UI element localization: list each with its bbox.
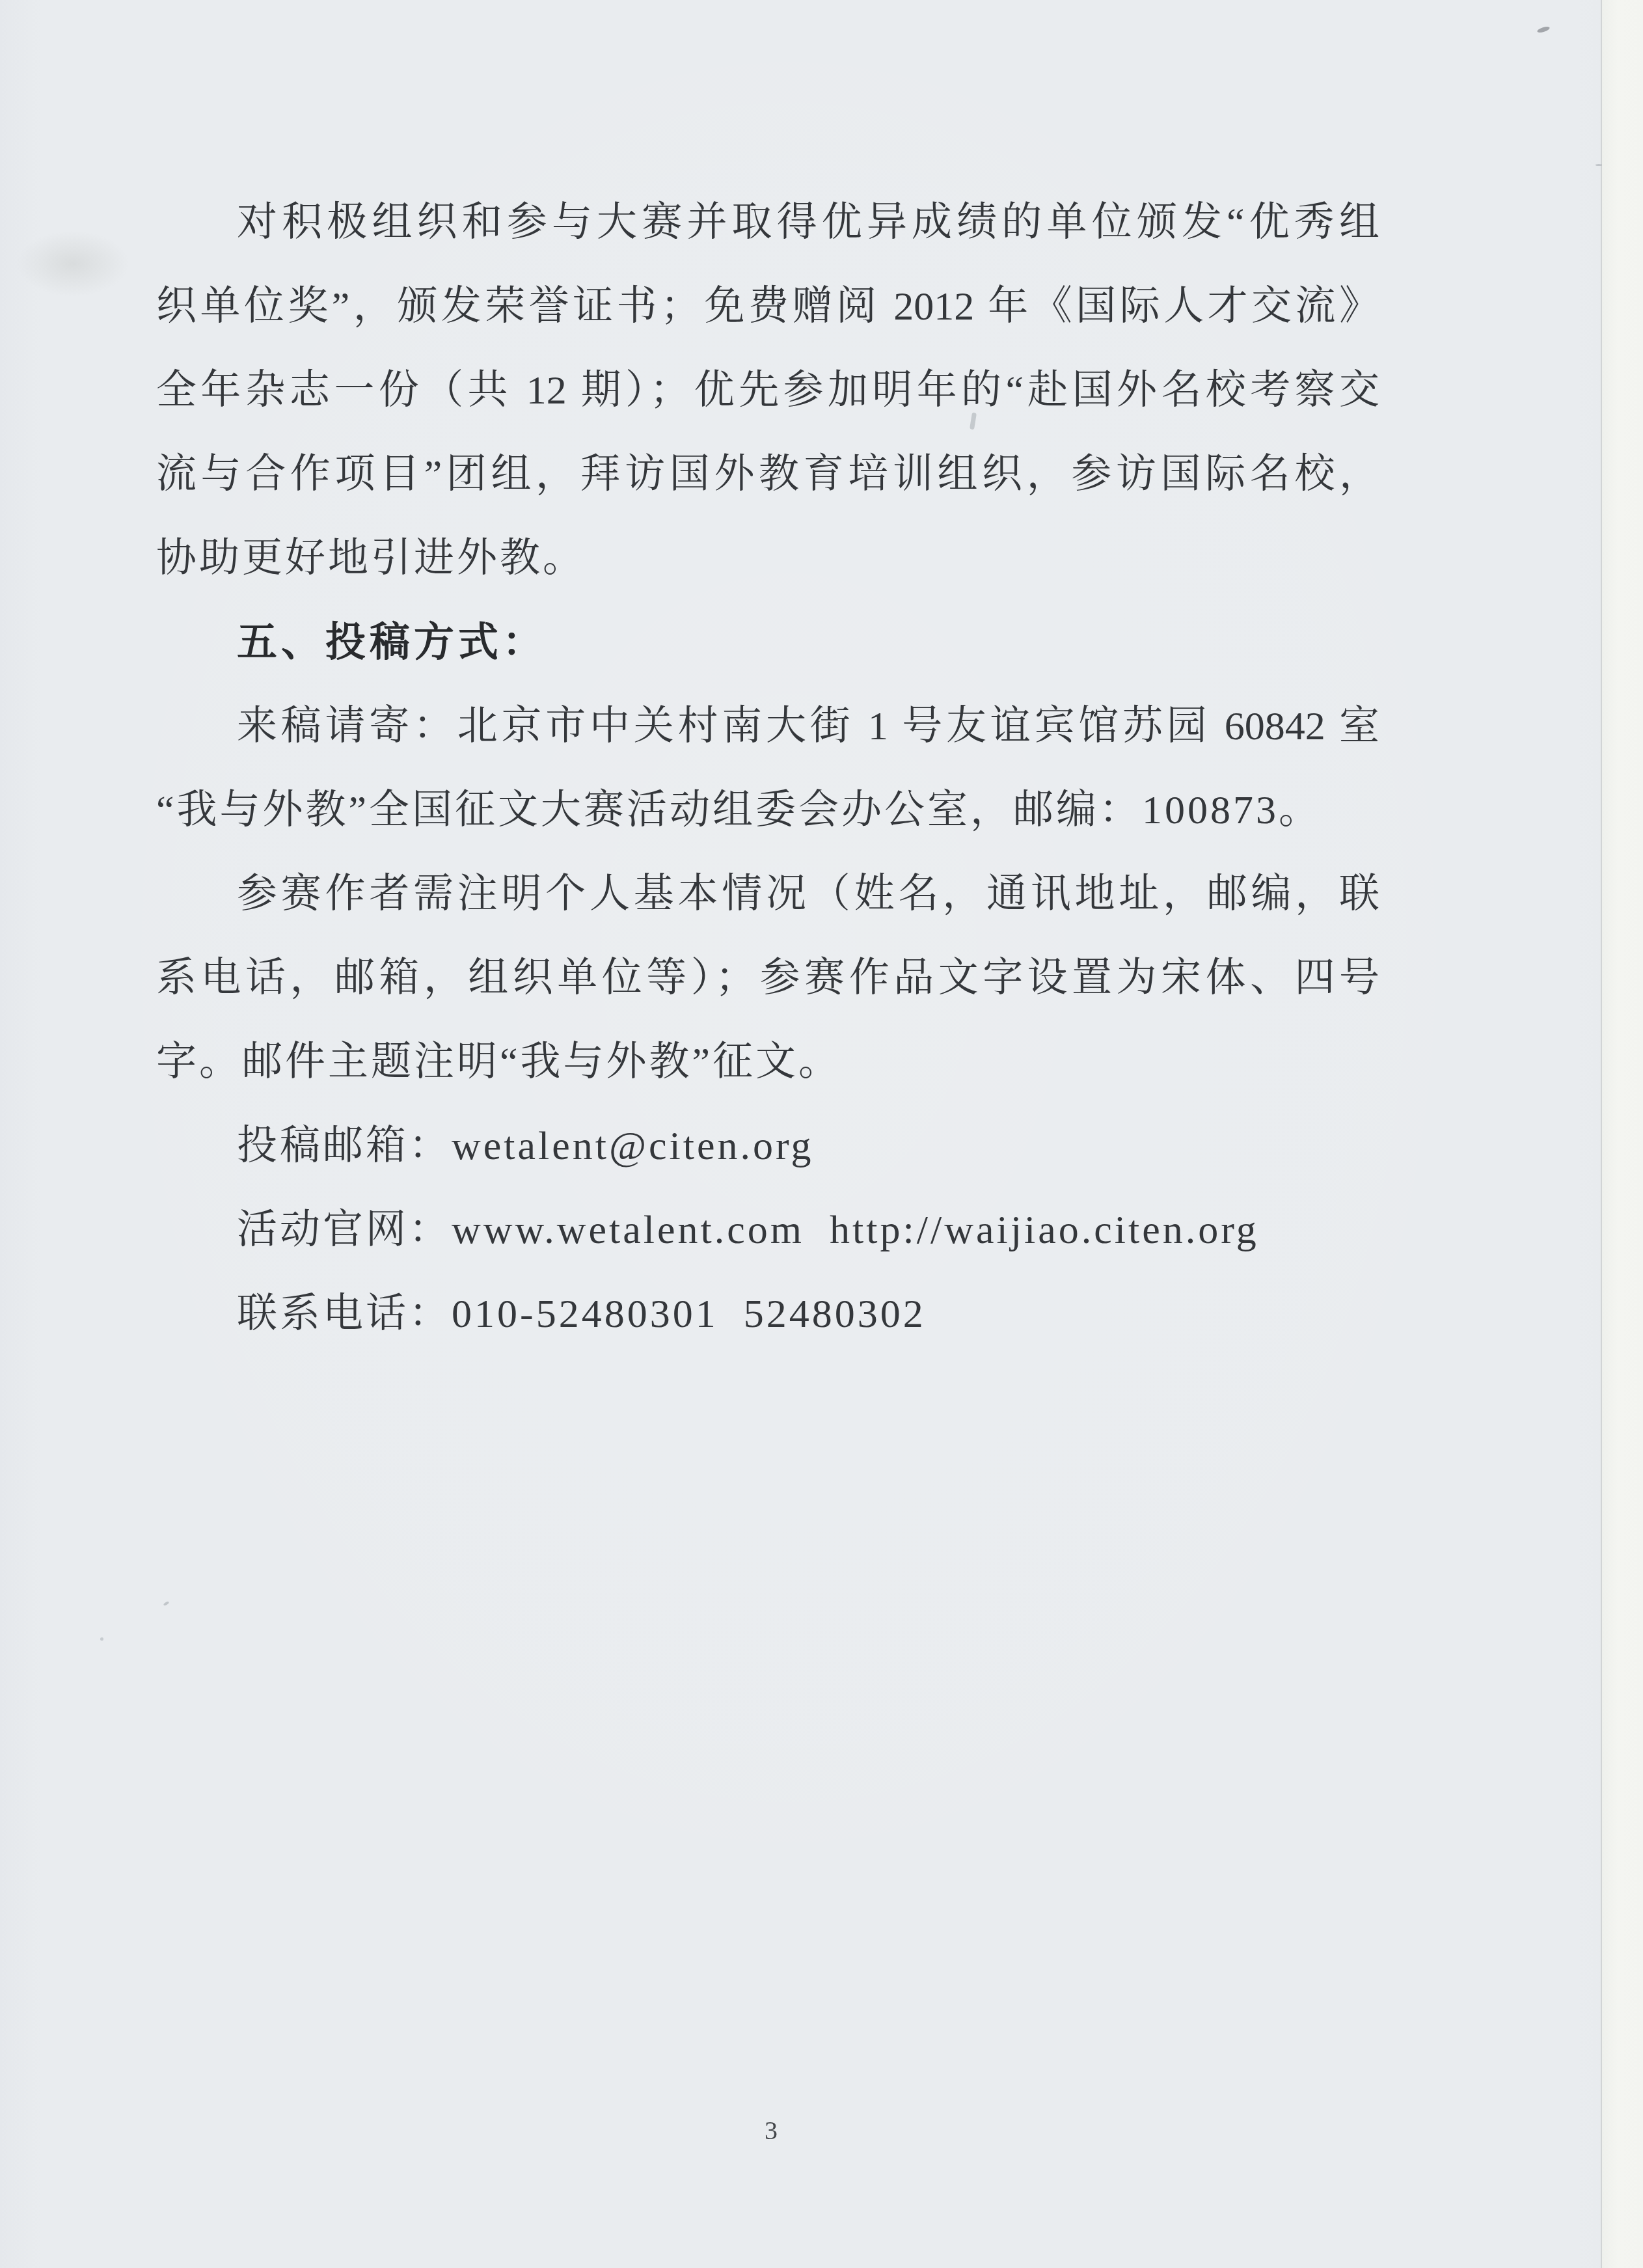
paper-speck xyxy=(100,1637,103,1641)
text-line: 织单位奖”，颁发荣誉证书；免费赠阅 2012 年《国际人才交流》 xyxy=(156,265,1379,349)
paper-speck xyxy=(1536,25,1550,34)
paper-speck xyxy=(163,1601,170,1606)
text-line: 字。邮件主题注明“我与外教”征文。 xyxy=(156,1020,1379,1104)
paper-speck xyxy=(1595,164,1602,166)
text-line: 对积极组织和参与大赛并取得优异成绩的单位颁发“优秀组 xyxy=(156,181,1379,265)
scanner-edge-strip xyxy=(1601,0,1643,2268)
page-number: 3 xyxy=(735,2116,807,2145)
text-line: 协助更好地引进外教。 xyxy=(156,517,1379,601)
text-line: 全年杂志一份（共 12 期）；优先参加明年的“赴国外名校考察交 xyxy=(156,349,1379,433)
text-line: 流与合作项目”团组，拜访国外教育培训组织，参访国际名校， xyxy=(156,433,1379,517)
text-line: 系电话，邮箱，组织单位等）；参赛作品文字设置为宋体、四号 xyxy=(156,936,1379,1020)
text-line: 来稿请寄：北京市中关村南大街 1 号友谊宾馆苏园 60842 室 xyxy=(156,685,1379,769)
document-body: 对积极组织和参与大赛并取得优异成绩的单位颁发“优秀组 织单位奖”，颁发荣誉证书；… xyxy=(156,181,1379,1356)
contact-phone-line: 联系电话：010-52480301 52480302 xyxy=(156,1272,1379,1356)
text-line: 参赛作者需注明个人基本情况（姓名，通讯地址，邮编，联 xyxy=(156,853,1379,936)
official-website-line: 活动官网：www.wetalent.com http://waijiao.cit… xyxy=(156,1188,1379,1272)
scanned-document-page: 对积极组织和参与大赛并取得优异成绩的单位颁发“优秀组 织单位奖”，颁发荣誉证书；… xyxy=(0,0,1643,2268)
section-heading: 五、投稿方式： xyxy=(156,601,1379,685)
text-line: “我与外教”全国征文大赛活动组委会办公室，邮编：100873。 xyxy=(156,769,1379,853)
submission-email-line: 投稿邮箱：wetalent@citen.org xyxy=(156,1104,1379,1188)
